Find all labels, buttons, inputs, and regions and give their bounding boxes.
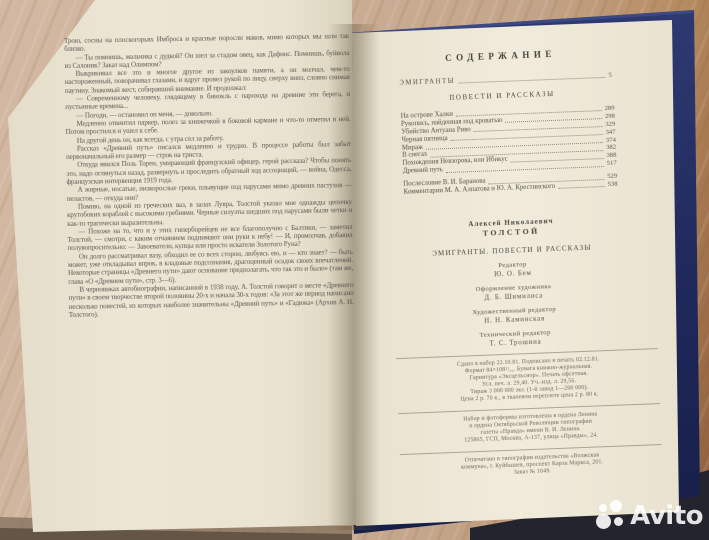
avito-watermark-label: Avito <box>630 503 703 529</box>
avito-logo-icon <box>596 500 627 531</box>
avito-watermark: Avito <box>596 500 703 531</box>
credits-block: Алексей Николаевич ТОЛСТОЙ ЭМИГРАНТЫ. ПО… <box>375 212 676 351</box>
left-page-paragraph: Он долго рассматривал вазу, обходил ее с… <box>68 248 354 286</box>
imprint-block: Сдано в набор 22.10.81. Подписано в печа… <box>380 347 681 481</box>
toc-page-number: 517 <box>607 160 617 168</box>
dot-leader <box>458 77 605 84</box>
book-photo: Трою, сосны на плоскогорьях Имброса и кр… <box>0 0 709 540</box>
toc-backmatter: Послесловие В. И. Баранова529Комментарии… <box>403 173 617 197</box>
dot-leader <box>558 186 605 189</box>
contents-title: СОДЕРЖАНИЕ <box>380 46 620 65</box>
toc-row-emigranty: ЭМИГРАНТЫ 5 <box>399 72 613 88</box>
toc-label: Древний путь <box>403 166 443 175</box>
toc-page-number: 5 <box>608 72 613 80</box>
credits-roles: РедакторЮ. О. БемОформление художникаД. … <box>376 256 651 351</box>
dot-leader <box>446 166 604 173</box>
toc-page-number: 538 <box>607 181 617 189</box>
right-page-text: СОДЕРЖАНИЕ ЭМИГРАНТЫ 5 ПОВЕСТИ И РАССКАЗ… <box>368 35 681 482</box>
left-page-paragraph: В черновиках автобиографии, написанной в… <box>68 281 354 319</box>
toc-label: ЭМИГРАНТЫ <box>399 78 455 88</box>
toc-entries: На острове Халки289Рукопись, найденная п… <box>401 104 617 175</box>
left-page-text: Трою, сосны на плоскогорьях Имброса и кр… <box>64 32 355 377</box>
contents-section-title: ПОВЕСТИ И РАССКАЗЫ <box>382 88 622 104</box>
